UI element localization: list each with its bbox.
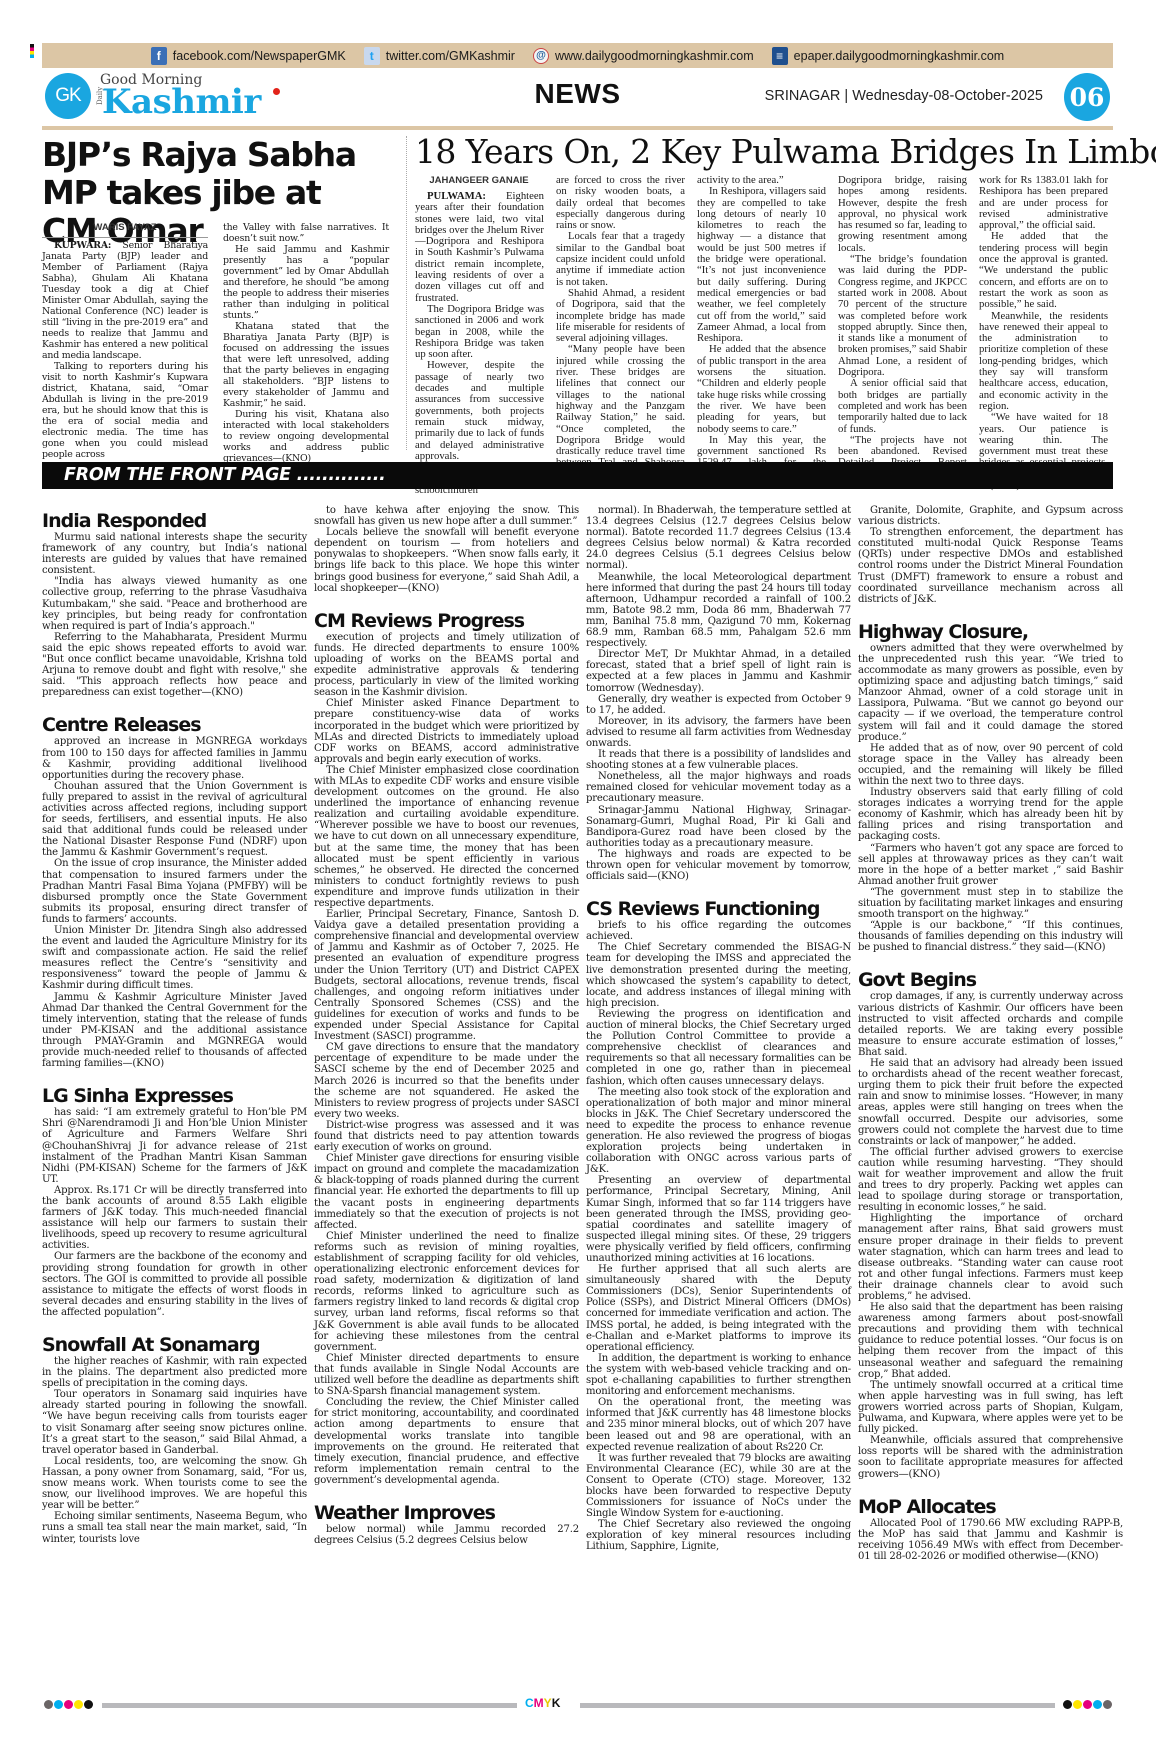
paragraph: The Chief Secretary also reviewed the on… [586, 1519, 851, 1552]
paragraph: Srinagar-Jammu National Highway, Srinaga… [586, 805, 851, 849]
continuation-heading: Highway Closure, [858, 621, 1123, 643]
paragraph: Locals believe the snowfall will benefit… [314, 527, 579, 594]
masthead: GK Good Morning Daily Kashmir NEWS SRINA… [42, 68, 1113, 126]
paragraph: Khatana stated that the Bharatiya Janata… [223, 321, 389, 409]
globe-icon: @ [533, 48, 549, 64]
story-headline: 18 Years On, 2 Key Pulwama Bridges In Li… [415, 133, 1115, 171]
cmyk-registration-mark [30, 44, 34, 58]
paragraph: Approx. Rs.171 Cr will be directly trans… [42, 1185, 307, 1252]
story-column-2: are forced to cross the river on risky w… [556, 175, 685, 480]
paragraph: It was further revealed that 79 blocks a… [586, 1453, 851, 1520]
continuation-body: crop damages, if any, is currently under… [858, 991, 1123, 1479]
paragraph: “Many people have been injured while cro… [556, 344, 685, 480]
story-column-1: PULWAMA: Eighteen years after their foun… [415, 191, 544, 496]
paragraph: Talking to reporters during his visit to… [42, 361, 208, 460]
paragraph: Murmu said national interests shape the … [42, 532, 307, 576]
color-dot [1083, 1700, 1092, 1709]
paragraph: “Farmers who haven’t got any space are f… [858, 843, 1123, 887]
color-dot [74, 1700, 83, 1709]
continuation-body: approved an increase in MGNREGA workdays… [42, 736, 307, 1069]
paragraph: Local residents, too, are welcoming the … [42, 1456, 307, 1511]
paragraph: He said Jammu and Kashmir presently has … [223, 244, 389, 321]
continuation-column-3: normal). In Bhaderwah, the temperature s… [586, 505, 851, 1553]
facebook-icon: f [151, 47, 167, 65]
color-dot [1073, 1700, 1082, 1709]
paragraph: Chief Minister underlined the need to fi… [314, 1231, 579, 1353]
social-link-website[interactable]: @ www.dailygoodmorningkashmir.com [533, 48, 754, 64]
page-number-badge: 06 [1064, 73, 1110, 121]
paragraph: On the operational front, the meeting wa… [586, 1397, 851, 1452]
continuation-heading: MoP Allocates [858, 1496, 1123, 1518]
paragraph: He added that the absence of public tran… [697, 344, 826, 434]
continuation-heading: CM Reviews Progress [314, 610, 579, 632]
story-column-4: Dogripora bridge, raising hopes among re… [838, 175, 967, 480]
story-pulwama-bridges: 18 Years On, 2 Key Pulwama Bridges In Li… [415, 133, 1115, 171]
story-column-5: work for Rs 1383.01 lakh for Reshipora h… [979, 175, 1108, 491]
story-bjp-jibe: BJP’s Rajya Sabha MP takes jibe at CM Om… [42, 136, 370, 250]
paragraph: District-wise progress was assessed and … [314, 1120, 579, 1153]
continuation-body: briefs to his office regarding the outco… [586, 920, 851, 1552]
paragraph: The Chief Minister emphasized close coor… [314, 765, 579, 909]
paragraph: A senior official said that both bridges… [838, 378, 967, 434]
continuation-heading: Snowfall At Sonamarg [42, 1334, 307, 1356]
paragraph: Generally, dry weather is expected from … [586, 694, 851, 716]
from-front-page-banner: FROM THE FRONT PAGE .............. [42, 462, 1113, 489]
footer-bar-right [580, 1703, 1055, 1708]
continuation-heading: India Responded [42, 510, 307, 532]
social-link-text: twitter.com/GMKashmir [386, 49, 515, 63]
social-link-text: epaper.dailygoodmorningkashmir.com [794, 49, 1005, 63]
continuation-body: has said: “I am extremely grateful to Ho… [42, 1107, 307, 1318]
footer-bar-left [102, 1703, 517, 1708]
continuation-body: the higher reaches of Kashmir, with rain… [42, 1356, 307, 1545]
paragraph: Earlier, Principal Secretary, Finance, S… [314, 909, 579, 1042]
paragraph: He said that an advisory had already bee… [858, 1058, 1123, 1147]
paragraph: Eighteen years after their foundation st… [415, 190, 544, 304]
continuation-body: execution of projects and timely utiliza… [314, 632, 579, 1486]
story-column-3: activity to the area.” In Reshipora, vil… [697, 175, 826, 480]
paragraph: Concluding the review, the Chief Ministe… [314, 1397, 579, 1486]
paragraph: During his visit, Khatana also interacte… [223, 409, 389, 464]
paragraph: crop damages, if any, is currently under… [858, 991, 1123, 1058]
paragraph: However, despite the passage of nearly t… [415, 360, 544, 462]
paragraph: “Apple is our backbone,” “If this contin… [858, 920, 1123, 953]
continuation-body: to have kehwa after enjoying the snow. T… [314, 505, 579, 594]
continuation-body: Murmu said national interests shape the … [42, 532, 307, 698]
paragraph: He added that the tendering process will… [979, 231, 1108, 310]
color-dot [64, 1700, 73, 1709]
paragraph: Meanwhile, the residents have renewed th… [979, 311, 1108, 413]
twitter-icon: t [364, 47, 380, 65]
continuation-column-4: Granite, Dolomite, Graphite, and Gypsum … [858, 505, 1123, 1562]
paragraph: has said: “I am extremely grateful to Ho… [42, 1107, 307, 1185]
paragraph: He further apprised that all such alerts… [586, 1264, 851, 1353]
color-dot [1063, 1700, 1072, 1709]
paragraph: Locals fear that a tragedy similar to th… [556, 231, 685, 287]
color-dot [1103, 1700, 1112, 1709]
paragraph: owners admitted that they were overwhelm… [858, 643, 1123, 743]
paragraph: Industry observers said that early filli… [858, 787, 1123, 842]
paragraph: Jammu & Kashmir Agriculture Minister Jav… [42, 992, 307, 1070]
social-link-text: www.dailygoodmorningkashmir.com [555, 49, 754, 63]
continuation-body: Allocated Pool of 1790.66 MW excluding R… [858, 1518, 1123, 1562]
color-dot [84, 1700, 93, 1709]
story-dateline: KUPWARA: [54, 240, 111, 251]
continuation-heading: LG Sinha Expresses [42, 1085, 307, 1107]
paragraph: Tour operators in Sonamarg said inquirie… [42, 1389, 307, 1456]
paragraph: The untimely snowfall occurred at a crit… [858, 1380, 1123, 1435]
continuation-body: below normal) while Jammu recorded 27.2 … [314, 1524, 579, 1546]
cmyk-label: CMYK [525, 1696, 560, 1710]
color-dot [54, 1700, 63, 1709]
paragraph: Highlighting the importance of orchard m… [858, 1213, 1123, 1302]
paragraph: He added that as of now, over 90 percent… [858, 743, 1123, 787]
social-link-facebook[interactable]: f facebook.com/NewspaperGMK [151, 47, 346, 65]
paragraph: Nonetheless, all the major highways and … [586, 771, 851, 804]
story-dateline: PULWAMA: [427, 190, 486, 202]
document-icon: ≡ [772, 47, 788, 65]
paragraph: the higher reaches of Kashmir, with rain… [42, 1356, 307, 1389]
paragraph: Director MeT, Dr Mukhtar Ahmad, in a det… [586, 649, 851, 693]
paragraph: "India has always viewed humanity as one… [42, 576, 307, 631]
paragraph: The meeting also took stock of the explo… [586, 1087, 851, 1176]
paragraph: In Reshipora, villagers said they are co… [697, 186, 826, 344]
paragraph: On the issue of crop insurance, the Mini… [42, 858, 307, 925]
paragraph: Chief Minister directed departments to e… [314, 1353, 579, 1397]
social-links-bar: f facebook.com/NewspaperGMK t twitter.co… [42, 43, 1113, 68]
paragraph: Shahid Ahmad, a resident of Dogripora, s… [556, 288, 685, 344]
social-link-text: facebook.com/NewspaperGMK [173, 49, 346, 63]
paragraph: It reads that there is a possibility of … [586, 749, 851, 771]
paragraph: Meanwhile, officials assured that compre… [858, 1435, 1123, 1479]
paragraph: are forced to cross the river on risky w… [556, 175, 685, 231]
story-byline: WARIS FAYAZ [42, 222, 208, 238]
continuation-body: normal). In Bhaderwah, the temperature s… [586, 505, 851, 882]
color-dots-right [1063, 1700, 1112, 1709]
paragraph: To strengthen enforcement, the departmen… [858, 527, 1123, 605]
paragraph: Our farmers are the backbone of the econ… [42, 1251, 307, 1318]
paragraph: “The bridge’s foundation was laid during… [838, 254, 967, 378]
column-divider [406, 136, 407, 450]
social-link-twitter[interactable]: t twitter.com/GMKashmir [364, 47, 515, 65]
paragraph: briefs to his office regarding the outco… [586, 920, 851, 942]
story-column-1: KUPWARA: Senior Bharatiya Janata Party (… [42, 240, 208, 460]
paragraph: Granite, Dolomite, Graphite, and Gypsum … [858, 505, 1123, 527]
color-dot [1093, 1700, 1102, 1709]
continuation-heading: Govt Begins [858, 969, 1123, 991]
paragraph: Dogripora bridge, raising hopes among re… [838, 175, 967, 254]
paragraph: He also said that the department has bee… [858, 1302, 1123, 1380]
paragraph: Chouhan assured that the Union Governmen… [42, 781, 307, 859]
continuation-column-2: to have kehwa after enjoying the snow. T… [314, 505, 579, 1546]
banner-label: FROM THE FRONT PAGE .............. [64, 465, 385, 485]
paragraph: approved an increase in MGNREGA workdays… [42, 736, 307, 780]
paragraph: Referring to the Mahabharata, President … [42, 632, 307, 699]
header-rule [42, 126, 1113, 130]
social-link-epaper[interactable]: ≡ epaper.dailygoodmorningkashmir.com [772, 47, 1005, 65]
paragraph: Presenting an overview of departmental p… [586, 1175, 851, 1264]
paragraph: Echoing similar sentiments, Naseema Begu… [42, 1511, 307, 1544]
paragraph: Allocated Pool of 1790.66 MW excluding R… [858, 1518, 1123, 1562]
paragraph: CM gave directions to ensure that the ma… [314, 1042, 579, 1120]
continuation-column-1: India RespondedMurmu said national inter… [42, 510, 307, 1545]
paragraph: Meanwhile, the local Meteorological depa… [586, 572, 851, 650]
paragraph: The Dogripora Bridge was sanctioned in 2… [415, 304, 544, 360]
paragraph: normal). In Bhaderwah, the temperature s… [586, 505, 851, 572]
paragraph: work for Rs 1383.01 lakh for Reshipora h… [979, 175, 1108, 231]
paragraph: execution of projects and timely utiliza… [314, 632, 579, 699]
color-dots-left [44, 1700, 93, 1709]
paragraph: The Chief Secretary commended the BISAG-… [586, 942, 851, 1009]
paragraph: Union Minister Dr. Jitendra Singh also a… [42, 925, 307, 992]
paragraph: The official further advised growers to … [858, 1147, 1123, 1214]
continuation-body: Granite, Dolomite, Graphite, and Gypsum … [858, 505, 1123, 605]
color-dot [44, 1700, 53, 1709]
paragraph: Chief Minister asked Finance Department … [314, 698, 579, 765]
story-column-2: the Valley with false narratives. It doe… [223, 222, 389, 464]
continuation-body: owners admitted that they were overwhelm… [858, 643, 1123, 954]
continuation-heading: CS Reviews Functioning [586, 898, 851, 920]
paragraph: Moreover, in its advisory, the farmers h… [586, 716, 851, 749]
paragraph: to have kehwa after enjoying the snow. T… [314, 505, 579, 527]
paragraph: Senior Bharatiya Janata Party (BJP) lead… [42, 240, 208, 361]
paragraph: Reviewing the progress on identification… [586, 1009, 851, 1087]
paragraph: below normal) while Jammu recorded 27.2 … [314, 1524, 579, 1546]
continuation-heading: Weather Improves [314, 1502, 579, 1524]
paragraph: In addition, the department is working t… [586, 1353, 851, 1397]
story-byline: JAHANGEER GANAIE [415, 175, 543, 186]
paragraph: The highways and roads are expected to b… [586, 849, 851, 882]
continuation-heading: Centre Releases [42, 714, 307, 736]
paragraph: “The government must step in to stabiliz… [858, 887, 1123, 920]
dateline: SRINAGAR | Wednesday-08-October-2025 [765, 88, 1043, 104]
paragraph: the Valley with false narratives. It doe… [223, 222, 389, 244]
paragraph: Chief Minister gave directions for ensur… [314, 1153, 579, 1231]
